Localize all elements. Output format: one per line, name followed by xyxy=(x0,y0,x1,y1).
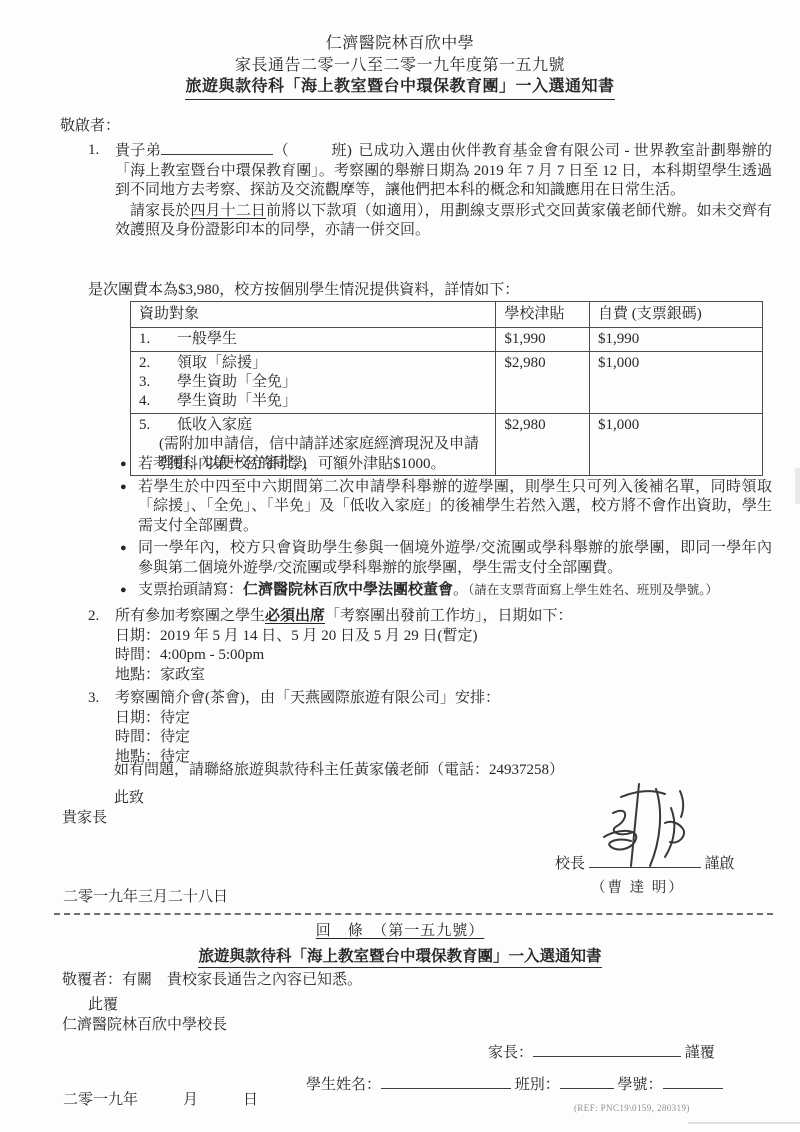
parent-respectfully-label: 謹覆 xyxy=(685,1045,715,1061)
fee-table-body: 1.一般學生$1,990$1,9902.領取「綜援」3.學生資助「全免」4.學生… xyxy=(131,328,763,476)
note-pre: 請家長於 xyxy=(130,203,190,219)
scan-artifact xyxy=(688,1122,800,1124)
item1-note: 請家長於四月十二日前將以下款項（如適用），用劃線支票形式交回黃家儀老師代辦。如未… xyxy=(115,202,772,241)
list-item-1: 1. 貴子弟（班)已成功入選由伙伴教育基金會有限公司 - 世界教室計劃舉辦的「海… xyxy=(88,141,772,241)
reply-title: 旅遊與款待科「海上教室暨台中環保教育團」一入選通知書 xyxy=(198,944,601,968)
principal-name: （曹 達 明） xyxy=(591,876,685,897)
reply-heading: 回 條 （第一五九號） xyxy=(316,923,485,939)
fee-table-cell: $1,990 xyxy=(590,328,763,352)
detail-line: 時間：4:00pm - 5:00pm xyxy=(115,646,772,666)
bullet-text: 若學生於中四至中六期間第二次申請學科舉辦的遊學團，則學生只可列入後補名單，同時領… xyxy=(138,478,772,537)
signature-block: 校長 謹啟 （曹 達 明） xyxy=(535,786,785,902)
tear-off-divider xyxy=(54,913,773,915)
bullet-dot-icon: ● xyxy=(120,455,138,475)
reply-cifu: 此覆 xyxy=(88,996,118,1016)
detail-line: 時間：待定 xyxy=(115,728,772,748)
briefing-details: 日期：待定時間：待定地點：待定 xyxy=(115,709,772,768)
notice-date: 二零一九年三月二十八日 xyxy=(63,888,228,908)
fee-table-row: 2.領取「綜援」3.學生資助「全免」4.學生資助「半免」$2,980$1,000 xyxy=(131,352,763,414)
respectfully-label: 謹啟 xyxy=(705,856,735,872)
workshop-details: 日期：2019 年 5 月 14 日、5 月 20 日及 5 月 29 日(暫定… xyxy=(115,627,772,686)
reply-heading-row: 回 條 （第一五九號） xyxy=(0,922,800,942)
fee-table-cell: $1,990 xyxy=(496,328,590,352)
col-header-selfpay: 自費 (支票銀碼) xyxy=(590,302,763,328)
parent-label: 家長： xyxy=(488,1045,533,1061)
fee-table-header-row: 資助對象 學校津貼 自費 (支票銀碼) xyxy=(131,302,763,328)
item1-paragraph: 貴子弟（班)已成功入選由伙伴教育基金會有限公司 - 世界教室計劃舉辦的「海上教室… xyxy=(115,141,772,201)
closing-cizhi: 此致 xyxy=(114,789,144,809)
bullet-item: ●同一學年內，校方只會資助學生參與一個境外遊學/交流團或學科舉辦的旅學團，即同一… xyxy=(120,539,772,578)
item2-paragraph: 所有參加考察團之學生必須出席「考察團出發前工作坊」，日期如下： xyxy=(115,607,772,627)
school-name: 仁濟醫院林百欣中學 xyxy=(0,33,800,55)
closing-recipient: 貴家長 xyxy=(62,809,107,829)
fee-table-cell: $2,980 xyxy=(496,352,590,414)
student-name-blank xyxy=(161,141,273,155)
bullet-dot-icon: ● xyxy=(120,539,138,578)
item-number: 2. xyxy=(88,607,115,685)
item-number: 1. xyxy=(88,141,115,241)
fee-table-row: 1.一般學生$1,990$1,990 xyxy=(131,328,763,352)
bullet-text: 支票抬頭請寫：仁濟醫院林百欣中學法團校董會。（請在支票背面寫上學生姓名、班別及學… xyxy=(138,581,772,601)
notice-title: 旅遊與款待科「海上教室暨台中環保教育團」一入選通知書 xyxy=(185,76,614,100)
fee-table-cell: $1,000 xyxy=(590,352,763,414)
item3-paragraph: 考察團簡介會(茶會)，由「天燕國際旅遊有限公司」安排： xyxy=(115,689,772,709)
notice-number: 家長通告二零一八至二零一九年度第一五九號 xyxy=(0,55,800,77)
student-name-label: 學生姓名： xyxy=(306,1077,381,1093)
reference-code: (REF: PNC19\0159, 280319) xyxy=(574,1103,690,1113)
parent-sign-row: 家長： 謹覆 xyxy=(488,1043,715,1064)
parent-signature-line xyxy=(533,1043,681,1057)
contact-line: 如有問題，請聯絡旅遊與款待科主任黃家儀老師（電話：24937258） xyxy=(114,761,564,781)
class-line xyxy=(560,1075,614,1089)
must-attend-emphasis: 必須出席 xyxy=(265,608,325,624)
bullet-item: ●支票抬頭請寫：仁濟醫院林百欣中學法團校董會。（請在支票背面寫上學生姓名、班別及… xyxy=(120,581,772,601)
list-item-2: 2. 所有參加考察團之學生必須出席「考察團出發前工作坊」，日期如下： 日期：20… xyxy=(88,607,772,685)
bullet-item: ●若學生於中四至中六期間第二次申請學科舉辦的遊學團，則學生只可列入後補名單，同時… xyxy=(120,478,772,537)
student-info-row: 學生姓名： 班別： 學號： xyxy=(306,1075,723,1096)
bullet-dot-icon: ● xyxy=(120,581,138,601)
detail-line: 地點：家政室 xyxy=(115,666,772,686)
list-item-3: 3. 考察團簡介會(茶會)，由「天燕國際旅遊有限公司」安排： 日期：待定時間：待… xyxy=(88,689,772,767)
col-header-target: 資助對象 xyxy=(131,302,496,328)
detail-line: 日期：待定 xyxy=(115,709,772,729)
scan-artifact xyxy=(795,468,800,504)
scanned-notice-page: 仁濟醫院林百欣中學 家長通告二零一八至二零一九年度第一五九號 旅遊與款待科「海上… xyxy=(0,0,800,1132)
bullet-text: 若考獲科內第一名的同學，可額外津貼$1000。 xyxy=(138,455,772,475)
doc-header: 仁濟醫院林百欣中學 家長通告二零一八至二零一九年度第一五九號 旅遊與款待科「海上… xyxy=(0,33,800,100)
fee-table: 資助對象 學校津貼 自費 (支票銀碼) 1.一般學生$1,990$1,9902.… xyxy=(130,301,763,476)
reply-body: 敬覆者：有關 貴校家長通告之內容已知悉。 xyxy=(62,971,362,991)
item2-pre: 所有參加考察團之學生 xyxy=(115,608,265,624)
principal-label: 校長 xyxy=(555,856,585,872)
fee-table-cell: 1.一般學生 xyxy=(131,328,496,352)
salutation: 敬啟者： xyxy=(60,117,120,137)
student-name-line xyxy=(381,1075,511,1089)
detail-line: 日期：2019 年 5 月 14 日、5 月 20 日及 5 月 29 日(暫定… xyxy=(115,627,772,647)
class-field-label: 班別： xyxy=(515,1077,560,1093)
fee-intro: 是次團費本為$3,980，校方按個別學生情況提供資料，詳情如下： xyxy=(88,281,519,301)
col-header-subsidy: 學校津貼 xyxy=(496,302,590,328)
reply-title-row: 旅遊與款待科「海上教室暨台中環保教育團」一入選通知書 xyxy=(0,944,800,968)
bullet-item: ●若考獲科內第一名的同學，可額外津貼$1000。 xyxy=(120,455,772,475)
principal-sign-row: 校長 謹啟 xyxy=(555,854,735,875)
reply-date: 二零一九年 月 日 xyxy=(63,1091,258,1111)
bullet-list: ●若考獲科內第一名的同學，可額外津貼$1000。●若學生於中四至中六期間第二次申… xyxy=(120,455,772,604)
deadline-date: 四月十二日 xyxy=(190,203,266,219)
student-number-line xyxy=(663,1075,723,1089)
bullet-dot-icon: ● xyxy=(120,478,138,537)
item1-prefix: 貴子弟 xyxy=(115,143,161,159)
student-number-label: 學號： xyxy=(618,1077,663,1093)
paren-open: （ xyxy=(273,143,289,159)
item2-post: 「考察團出發前工作坊」，日期如下： xyxy=(325,608,573,624)
class-paren-label: 班) xyxy=(331,143,352,159)
fee-table-cell: 2.領取「綜援」3.學生資助「全免」4.學生資助「半免」 xyxy=(131,352,496,414)
item-number: 3. xyxy=(88,689,115,767)
reply-addressee: 仁濟醫院林百欣中學校長 xyxy=(62,1016,227,1036)
principal-signature-line xyxy=(589,854,701,868)
bullet-text: 同一學年內，校方只會資助學生參與一個境外遊學/交流團或學科舉辦的旅學團，即同一學… xyxy=(138,539,772,578)
